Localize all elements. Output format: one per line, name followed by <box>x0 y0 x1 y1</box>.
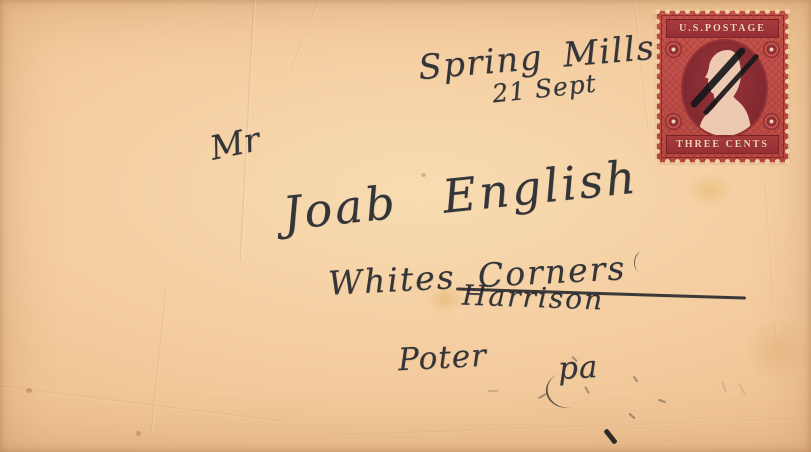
stamp-rosette <box>763 113 780 130</box>
postage-stamp: U.S.POSTAGE THREE CENTS <box>657 11 788 162</box>
pencil-mark <box>658 399 666 404</box>
crease <box>150 282 169 431</box>
crease <box>0 384 284 424</box>
stain <box>424 284 466 314</box>
salutation: Mr <box>206 119 263 167</box>
pencil-mark <box>633 376 639 383</box>
crease <box>239 0 257 260</box>
stain <box>742 318 811 382</box>
ink-mark <box>603 428 617 444</box>
pencil-mark <box>628 413 635 420</box>
destination-state: pa <box>557 349 599 387</box>
stain <box>26 388 32 393</box>
stamp-top-label: U.S.POSTAGE <box>666 19 779 38</box>
stain <box>136 431 141 436</box>
stamp-rosette <box>763 41 780 58</box>
manuscript-postmark-town: Spring Mills <box>417 28 657 89</box>
pencil-mark <box>584 386 590 394</box>
pencil-mark <box>571 356 577 362</box>
stamp-rosette <box>665 41 682 58</box>
pen-flourish <box>541 366 592 413</box>
stain <box>421 173 426 177</box>
pen-flourish <box>632 251 648 273</box>
pencil-mark <box>488 390 498 392</box>
recipient-name: Joab English <box>280 149 641 240</box>
address-line: Whites Corners <box>327 248 627 303</box>
crossed-out-name: Harrison <box>461 279 604 317</box>
pencil-mark <box>721 381 727 393</box>
crease <box>764 185 779 350</box>
destination-town: Poter <box>397 338 488 379</box>
crease <box>330 418 800 437</box>
strikethrough-line <box>456 287 746 299</box>
manuscript-postmark-date: 21 Sept <box>491 69 598 109</box>
crease <box>290 0 323 70</box>
stain <box>686 172 734 208</box>
envelope-cover: Spring Mills 21 Sept Mr Joab English Whi… <box>0 0 811 452</box>
pencil-mark <box>738 383 746 394</box>
crease <box>633 0 650 130</box>
stamp-rosette <box>665 113 682 130</box>
pencil-mark <box>538 393 547 399</box>
